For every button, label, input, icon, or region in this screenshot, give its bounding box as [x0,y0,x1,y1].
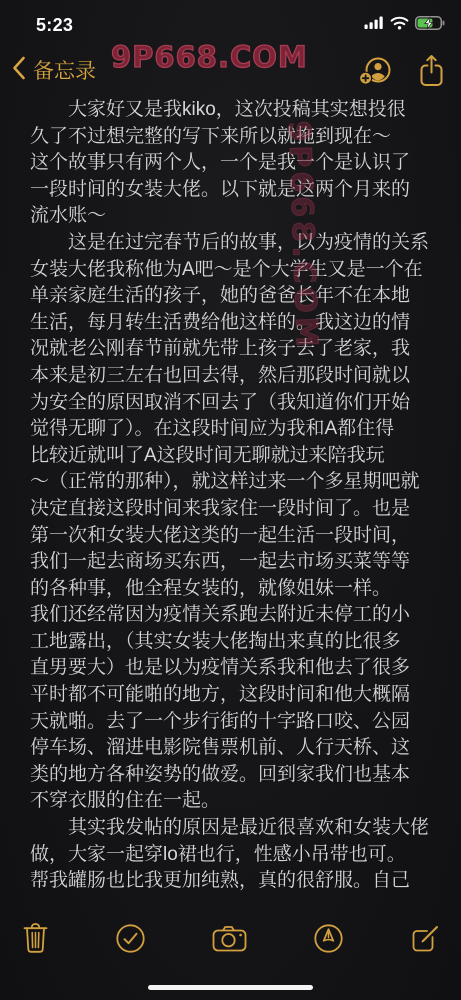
note-line: 久了不过想完整的写下来所以就拖到现在～ [30,124,461,151]
markup-button[interactable] [313,923,344,954]
note-line: 大家好又是我kiko，这次投稿其实想投很 [30,97,461,124]
battery-charging-icon [415,16,445,35]
note-line: 天就啪。去了一个步行街的十字路口咬、公园 [30,709,461,736]
note-line: 况就老公刚春节前就先带上孩子去了老家，我 [30,336,461,363]
compose-button[interactable] [410,923,441,954]
home-indicator[interactable] [148,985,313,990]
chevron-left-icon [12,56,26,85]
checklist-button[interactable] [115,923,146,954]
note-line: 为安全的原因取消不回去了（我知道你们开始 [30,390,461,417]
cellular-signal-icon [364,16,384,34]
note-line: 类的地方各种姿势的做爱。回到家我们也基本 [30,762,461,789]
note-line: 平时都不可能啪的地方，这段时间和他大概隔 [30,682,461,709]
status-time: 5:23 [36,15,73,36]
camera-button[interactable] [212,924,247,952]
note-text-area[interactable]: 大家好又是我kiko，这次投稿其实想投很久了不过想完整的写下来所以就拖到现在～这… [0,97,461,895]
note-line: 流水账～ [30,203,461,230]
note-line: 工地露出，（其实女装大佬掏出来真的比很多 [30,629,461,656]
back-button-label: 备忘录 [33,55,96,85]
note-line: 其实我发帖的原因是最近很喜欢和女装大佬 [30,815,461,842]
note-line: 觉得无聊了）。在这段时间应为我和A都住得 [30,416,461,443]
note-line: 本来是初三左右也回去得，然后那段时间就以 [30,363,461,390]
note-line: 女装大佬我称他为A吧～是个大学生又是一个在 [30,257,461,284]
note-line: 这是在过完春节后的故事，以为疫情的关系 [30,230,461,257]
note-line: 帮我罐肠也比我更加纯熟，真的很舒服。自己 [30,868,461,895]
note-line: 的各种事，他全程女装的，就像姐妹一样。 [30,576,461,603]
note-line: 这个故事只有两个人，一个是我一个是认识了 [30,150,461,177]
trash-button[interactable] [22,922,49,954]
nav-actions [357,54,445,87]
notes-app-screen: 5:23 [0,0,461,1000]
note-line: 我们还经常因为疫情关系跑去附近未停工的小 [30,602,461,629]
add-person-button[interactable] [357,54,394,86]
wifi-icon [390,16,409,35]
note-line: 我们一起去商场买东西，一起去市场买菜等等 [30,549,461,576]
bottom-toolbar [0,912,461,964]
note-line: 直男要大）也是以为疫情关系我和他去了很多 [30,655,461,682]
nav-bar: 备忘录 [0,44,461,96]
note-line: 单亲家庭生活的孩子，她的爸爸长年不在本地 [30,283,461,310]
status-bar: 5:23 [0,0,461,44]
note-line: 生活，每月转生活费给他这样的。我这边的情 [30,310,461,337]
note-line: 决定直接这段时间来我家住一段时间了。也是 [30,496,461,523]
back-button[interactable]: 备忘录 [12,55,96,85]
note-line: 一段时间的女装大佬。以下就是这两个月来的 [30,177,461,204]
note-line: 比较近就叫了A这段时间无聊就过来陪我玩 [30,443,461,470]
note-line: 停车场、溜进电影院售票机前、人行天桥、这 [30,735,461,762]
note-line: 做，大家一起穿lo裙也行，性感小吊带也可。 [30,842,461,869]
note-line: ～（正常的那种），就这样过来一个多星期吧就 [30,469,461,496]
status-icons [364,16,445,35]
note-line: 不穿衣服的住在一起。 [30,788,461,815]
note-line: 第一次和女装大佬这类的一起生活一段时间， [30,523,461,550]
share-button[interactable] [418,54,445,87]
